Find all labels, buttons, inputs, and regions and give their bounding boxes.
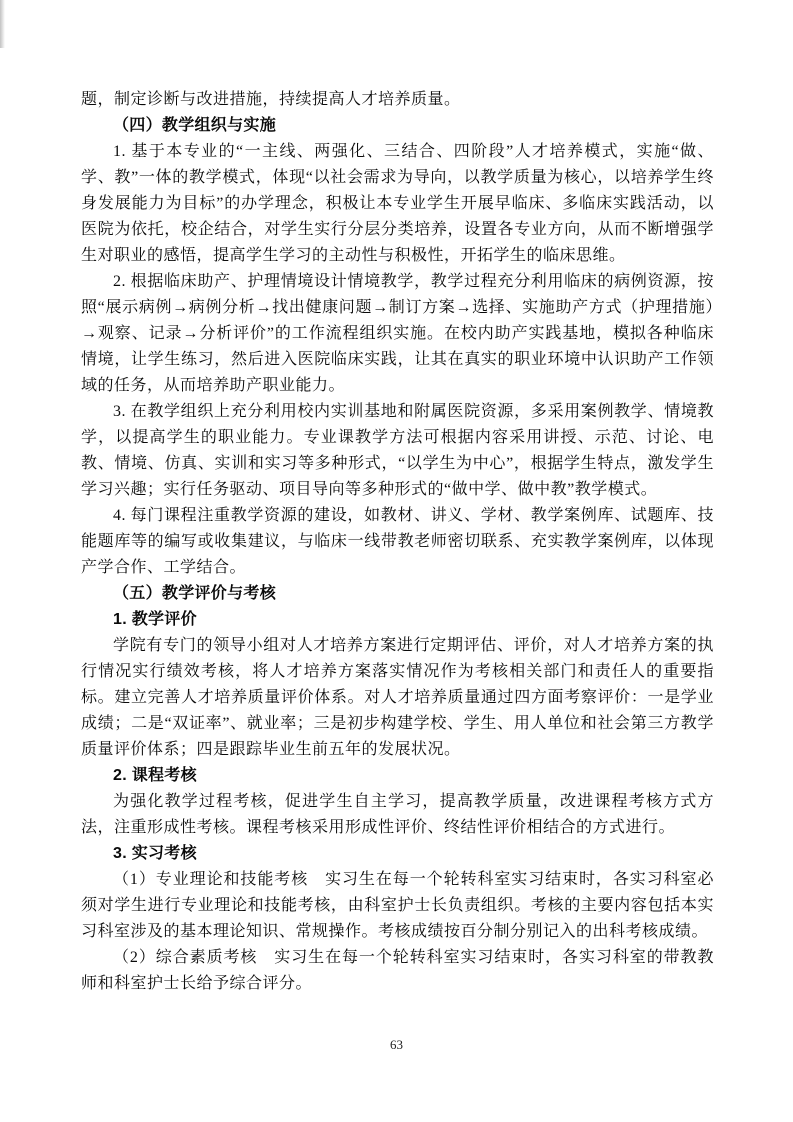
paragraph: 学院有专门的领导小组对人才培养方案进行定期评估、评价，对人才培养方案的执行情况实… [81, 633, 714, 763]
paragraph: （1）专业理论和技能考核 实习生在每一个轮转科室实习结束时，各实习科室必须对学生… [81, 867, 714, 945]
paragraph: 为强化教学过程考核，促进学生自主学习，提高教学质量，改进课程考核方式方法，注重形… [81, 789, 714, 841]
section-heading: 3. 实习考核 [81, 841, 714, 867]
section-heading: （四）教学组织与实施 [81, 113, 714, 139]
document-page: 题，制定诊断与改进措施，持续提高人才培养质量。（四）教学组织与实施1. 基于本专… [0, 0, 793, 1122]
paragraph: 4. 每门课程注重教学资源的建设，如教材、讲义、学材、教学案例库、试题库、技能题… [81, 503, 714, 581]
section-heading: （五）教学评价与考核 [81, 581, 714, 607]
paragraph: 2. 根据临床助产、护理情境设计情境教学，教学过程充分利用临床的病例资源，按照“… [81, 269, 714, 399]
section-heading: 1. 教学评价 [81, 607, 714, 633]
scan-artifact [0, 0, 5, 48]
paragraph: （2）综合素质考核 实习生在每一个轮转科室实习结束时，各实习科室的带教教师和科室… [81, 945, 714, 997]
document-content: 题，制定诊断与改进措施，持续提高人才培养质量。（四）教学组织与实施1. 基于本专… [81, 87, 714, 997]
paragraph: 3. 在教学组织上充分利用校内实训基地和附属医院资源，多采用案例教学、情境教学，… [81, 399, 714, 503]
paragraph: 1. 基于本专业的“一主线、两强化、三结合、四阶段”人才培养模式，实施“做、学、… [81, 139, 714, 269]
section-heading: 2. 课程考核 [81, 763, 714, 789]
paragraph: 题，制定诊断与改进措施，持续提高人才培养质量。 [81, 87, 714, 113]
page-number: 63 [0, 1036, 793, 1054]
